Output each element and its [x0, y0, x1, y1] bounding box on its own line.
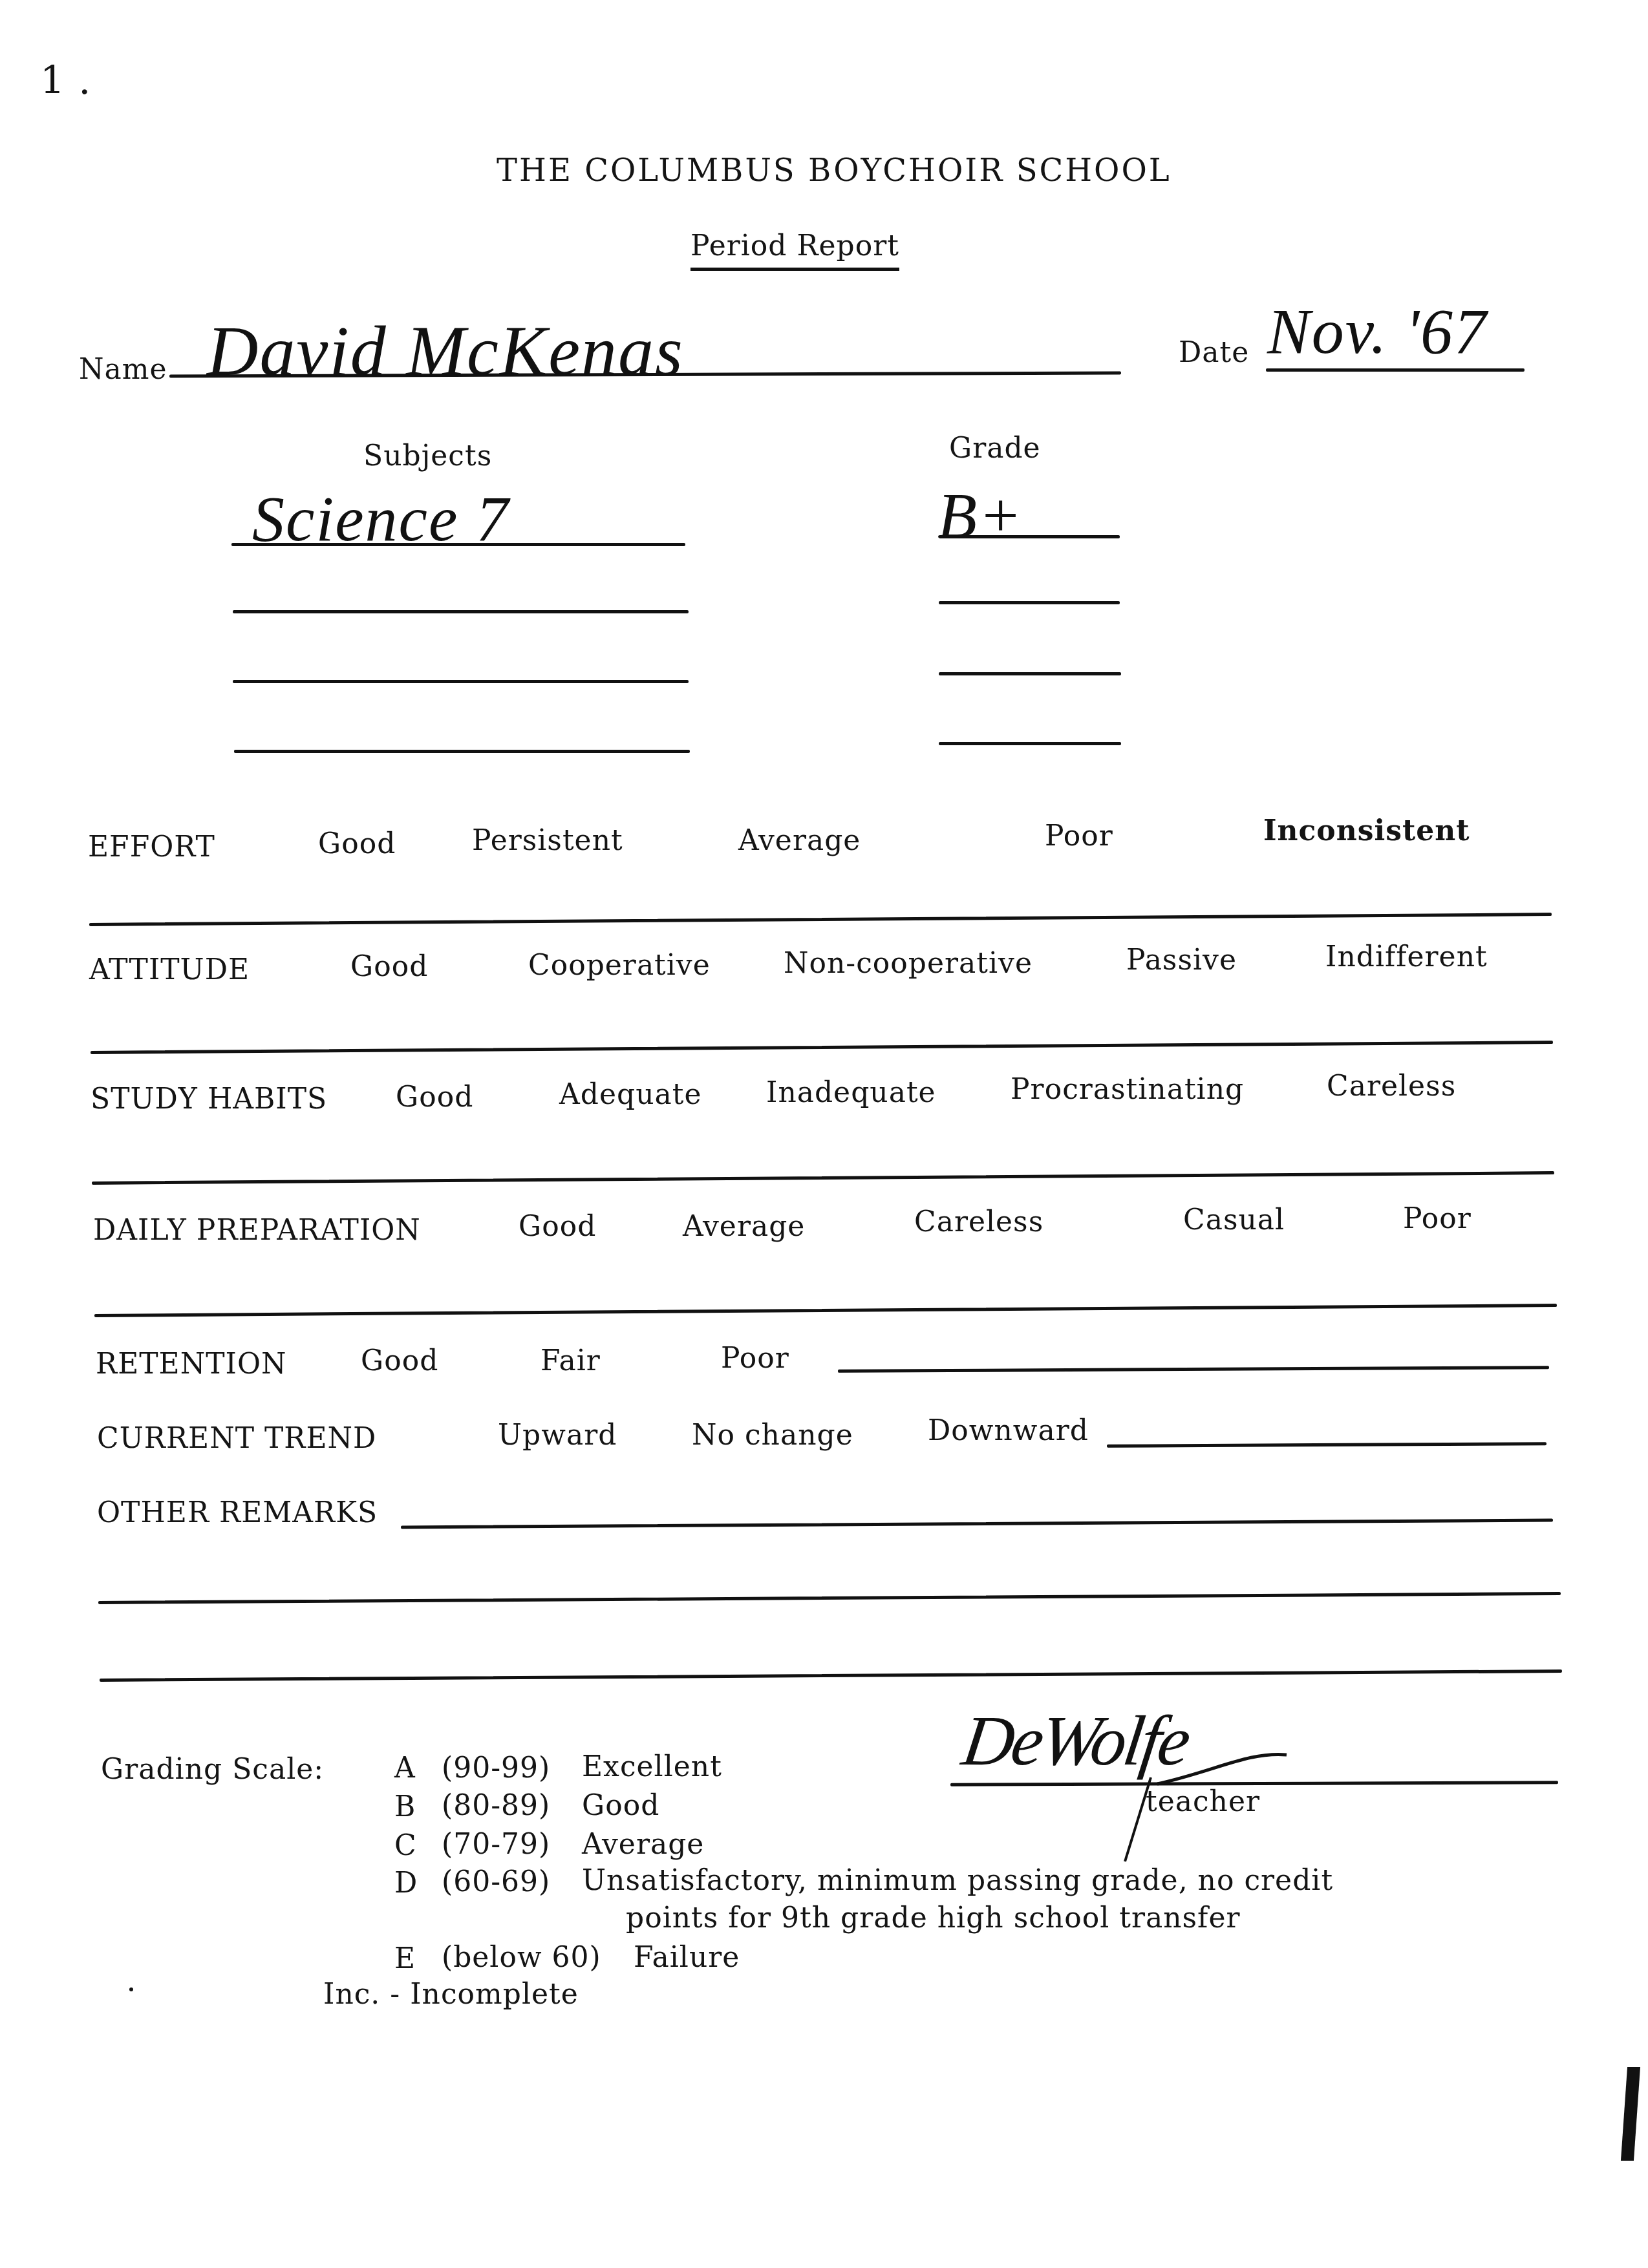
effort-option-persistent[interactable]: Persistent	[472, 824, 623, 857]
effort-label: EFFORT	[88, 831, 215, 864]
scale-range-b: (80-89)	[442, 1789, 550, 1822]
subject-line-4	[234, 750, 690, 753]
scale-range-d: (60-69)	[442, 1865, 550, 1898]
scale-range-a: (90-99)	[442, 1752, 550, 1785]
scale-letter-e: E	[394, 1942, 416, 1975]
date-field[interactable]: Nov. '67	[1267, 294, 1488, 368]
date-underline	[1266, 368, 1525, 372]
retention-option-poor[interactable]: Poor	[721, 1342, 789, 1375]
effort-divider	[89, 913, 1552, 926]
grade-line-2	[939, 601, 1120, 604]
daily-preparation-option-average[interactable]: Average	[683, 1210, 805, 1243]
date-label: Date	[1179, 336, 1249, 369]
daily-preparation-option-poor[interactable]: Poor	[1403, 1202, 1471, 1235]
retention-option-fair[interactable]: Fair	[540, 1344, 601, 1377]
scale-letter-b: B	[394, 1790, 416, 1823]
attitude-divider	[91, 1041, 1553, 1054]
scale-desc-c: Average	[582, 1828, 704, 1861]
subject-line-3	[233, 680, 689, 683]
attitude-option-passive[interactable]: Passive	[1126, 944, 1237, 977]
scan-edge-mark	[1621, 2067, 1640, 2161]
subject-line-1	[231, 543, 685, 546]
retention-comment-line[interactable]	[838, 1366, 1549, 1373]
daily-preparation-divider	[94, 1304, 1557, 1317]
grade-label: Grade	[949, 432, 1041, 465]
subject-line-2	[233, 610, 689, 613]
other-remarks-line-2[interactable]	[98, 1592, 1561, 1604]
daily-preparation-option-casual[interactable]: Casual	[1183, 1203, 1285, 1236]
other-remarks-line-1[interactable]	[401, 1519, 1553, 1529]
attitude-option-non-cooperative[interactable]: Non-cooperative	[784, 947, 1033, 980]
scale-desc-b: Good	[582, 1789, 659, 1822]
study-habits-option-good[interactable]: Good	[396, 1081, 473, 1114]
scale-desc-d-line2: points for 9th grade high school transfe…	[626, 1902, 1240, 1934]
current-trend-comment-line[interactable]	[1107, 1442, 1546, 1448]
study-habits-option-adequate[interactable]: Adequate	[559, 1078, 701, 1111]
school-name: THE COLUMBUS BOYCHOIR SCHOOL	[497, 153, 1172, 189]
other-remarks-label: OTHER REMARKS	[97, 1496, 378, 1529]
retention-option-good[interactable]: Good	[361, 1344, 438, 1377]
scale-desc-a: Excellent	[582, 1750, 722, 1783]
study-habits-option-careless[interactable]: Careless	[1327, 1070, 1456, 1103]
daily-preparation-option-good[interactable]: Good	[519, 1210, 596, 1243]
name-field[interactable]: David McKenas	[207, 310, 684, 392]
teacher-role-label: teacher	[1146, 1785, 1260, 1818]
study-habits-divider	[92, 1171, 1554, 1185]
effort-option-inconsistent[interactable]: Inconsistent	[1263, 814, 1470, 847]
scale-range-c: (70-79)	[442, 1828, 550, 1861]
scale-range-e: (below 60)	[442, 1941, 601, 1974]
other-remarks-line-3[interactable]	[100, 1669, 1562, 1682]
attitude-option-cooperative[interactable]: Cooperative	[528, 949, 711, 982]
scale-letter-d: D	[394, 1867, 418, 1900]
effort-option-poor[interactable]: Poor	[1045, 820, 1113, 853]
report-title: Period Report	[690, 229, 899, 271]
name-label: Name	[79, 353, 167, 386]
stray-dot	[129, 1987, 133, 1991]
effort-option-good[interactable]: Good	[318, 827, 396, 860]
study-habits-option-inadequate[interactable]: Inadequate	[766, 1076, 936, 1109]
scale-incomplete: Inc. - Incomplete	[323, 1978, 579, 2011]
current-trend-option-downward[interactable]: Downward	[928, 1414, 1089, 1447]
grade-line-3	[939, 672, 1121, 675]
attitude-option-good[interactable]: Good	[350, 950, 428, 983]
grade-field-1[interactable]: B+	[937, 478, 1023, 553]
subjects-label: Subjects	[363, 440, 492, 472]
scale-letter-c: C	[394, 1829, 417, 1862]
attitude-option-indifferent[interactable]: Indifferent	[1325, 940, 1488, 973]
study-habits-label: STUDY HABITS	[91, 1083, 327, 1116]
current-trend-option-upward[interactable]: Upward	[498, 1419, 617, 1452]
study-habits-option-procrastinating[interactable]: Procrastinating	[1011, 1073, 1244, 1106]
grade-line-4	[939, 742, 1121, 745]
corner-mark: 1 .	[40, 58, 91, 103]
retention-label: RETENTION	[96, 1348, 287, 1381]
grading-scale-label: Grading Scale:	[101, 1753, 324, 1786]
grade-line-1	[939, 535, 1120, 538]
scale-letter-a: A	[394, 1752, 416, 1785]
attitude-label: ATTITUDE	[89, 953, 250, 986]
scale-desc-e: Failure	[634, 1941, 740, 1974]
daily-preparation-label: DAILY PREPARATION	[93, 1214, 421, 1247]
daily-preparation-option-careless[interactable]: Careless	[914, 1205, 1043, 1238]
current-trend-option-no-change[interactable]: No change	[692, 1419, 853, 1452]
effort-option-average[interactable]: Average	[738, 824, 861, 857]
current-trend-label: CURRENT TREND	[97, 1422, 376, 1455]
